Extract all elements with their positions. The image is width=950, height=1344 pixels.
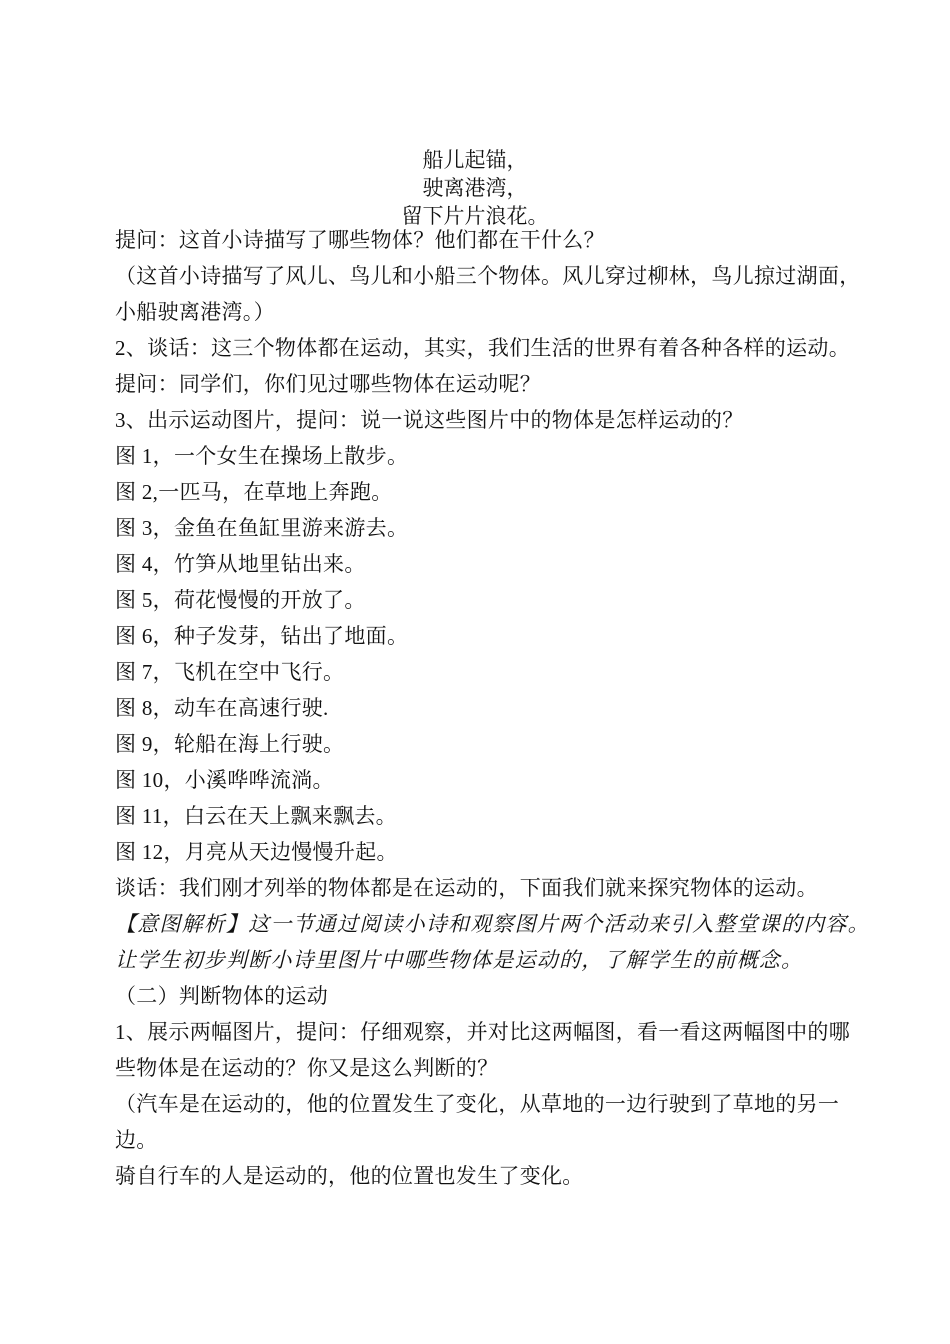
poem-block: 船儿起锚， 驶离港湾， 留下片片浪花。 [115,146,835,230]
text-line-section-heading: （二）判断物体的运动 [115,978,835,1014]
text-line: （这首小诗描写了风儿、鸟儿和小船三个物体。风儿穿过柳林，鸟儿掠过湖面， [115,258,835,294]
text-line: 小船驶离港湾。） [115,294,835,330]
poem-line: 船儿起锚， [115,146,835,174]
text-line-intent-analysis: 让学生初步判断小诗里图片中哪些物体是运动的，了解学生的前概念。 [115,942,835,978]
text-line: 些物体是在运动的？你又是这么判断的？ [115,1050,835,1086]
paragraph-block: 提问：这首小诗描写了哪些物体？他们都在干什么？ （这首小诗描写了风儿、鸟儿和小船… [115,222,835,1194]
text-line: 图 7，飞机在空中飞行。 [115,654,835,690]
text-line: 骑自行车的人是运动的，他的位置也发生了变化。 [115,1158,835,1194]
text-line: 图 6，种子发芽，钻出了地面。 [115,618,835,654]
text-line: 图 9，轮船在海上行驶。 [115,726,835,762]
text-line: 图 2,一匹马，在草地上奔跑。 [115,474,835,510]
text-line: 3、出示运动图片，提问：说一说这些图片中的物体是怎样运动的？ [115,402,835,438]
text-line: 图 3，金鱼在鱼缸里游来游去。 [115,510,835,546]
text-line: 图 11，白云在天上飘来飘去。 [115,798,835,834]
text-line: 谈话：我们刚才列举的物体都是在运动的，下面我们就来探究物体的运动。 [115,870,835,906]
poem-line: 驶离港湾， [115,174,835,202]
document-content: 船儿起锚， 驶离港湾， 留下片片浪花。 提问：这首小诗描写了哪些物体？他们都在干… [115,146,835,1194]
document-page: 船儿起锚， 驶离港湾， 留下片片浪花。 提问：这首小诗描写了哪些物体？他们都在干… [0,0,950,1344]
text-line: 提问：同学们，你们见过哪些物体在运动呢？ [115,366,835,402]
text-line: 图 5，荷花慢慢的开放了。 [115,582,835,618]
text-line: 图 1，一个女生在操场上散步。 [115,438,835,474]
text-line: 图 12，月亮从天边慢慢升起。 [115,834,835,870]
text-line: （汽车是在运动的，他的位置发生了变化，从草地的一边行驶到了草地的另一 [115,1086,835,1122]
text-line: 图 8，动车在高速行驶. [115,690,835,726]
text-line: 边。 [115,1122,835,1158]
text-line: 提问：这首小诗描写了哪些物体？他们都在干什么？ [115,222,835,258]
text-line-intent-analysis: 【意图解析】这一节通过阅读小诗和观察图片两个活动来引入整堂课的内容。 [115,906,835,942]
text-line: 图 10，小溪哗哗流淌。 [115,762,835,798]
text-line: 图 4，竹笋从地里钻出来。 [115,546,835,582]
text-line: 2、谈话：这三个物体都在运动，其实，我们生活的世界有着各种各样的运动。 [115,330,835,366]
text-line: 1、展示两幅图片，提问：仔细观察，并对比这两幅图，看一看这两幅图中的哪 [115,1014,835,1050]
